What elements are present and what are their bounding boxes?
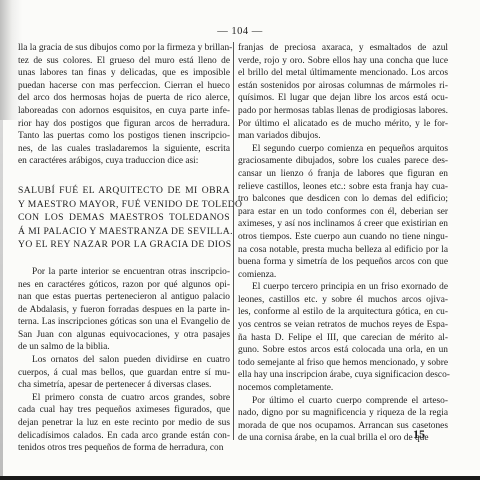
text-line: terna. Las inscripciones góticas son una… (18, 316, 230, 329)
text-line: franjas de preciosa axaraca, y esmaltado… (238, 42, 448, 55)
text-line: otros tiempos. Este cuerpo aun cuando no… (238, 231, 448, 244)
text-line: cuerpos, á cual mas bellos, que guardan … (18, 367, 230, 380)
text-line: laboreadas con adornos esquisitos, en cu… (18, 105, 230, 118)
text-line: de un salmo de la biblia. (18, 341, 230, 354)
text-line: nado, digno por su magnificencia y rique… (238, 407, 448, 420)
text-line: de Abdalasis, y fueron forradas despues … (18, 304, 230, 317)
text-line: dejan penetrar la luz en este recinto po… (18, 417, 230, 430)
text-line: Por la parte interior se encuentran otra… (18, 266, 230, 279)
text-line: guno. Sobre estos arcos está colocada un… (238, 344, 448, 357)
paragraph-3: Los ornatos del salon pueden dividirse e… (18, 354, 230, 392)
text-line: cada cual hay tres pequeños aximeses fig… (18, 404, 230, 417)
text-line: del arco dos hermosas hojas de puerta de… (18, 92, 230, 105)
paragraph-1: lla la gracia de sus dibujos como por la… (18, 42, 230, 168)
text-line: ña hasta D. Felipe el III, que carecian … (238, 332, 448, 345)
paragraph-1: franjas de preciosa axaraca, y esmaltado… (238, 42, 448, 143)
text-line: nocemos completamente. (238, 382, 448, 395)
text-line: comienza. (238, 269, 448, 282)
text-line: en caractéres arábigos, cuya traduccion … (18, 155, 230, 168)
text-line: nes, de las cuales trasladaremos la sigu… (18, 143, 230, 156)
text-line: todo semejante al friso que hemos mencio… (238, 357, 448, 370)
text-line: ella hay una inscripcion árabe, cuya sig… (238, 369, 448, 382)
right-text-column: franjas de preciosa axaraca, y esmaltado… (238, 42, 448, 445)
left-text-column: lla la gracia de sus dibujos como por la… (18, 42, 230, 455)
text-line: na cosa notable, presta mucha belleza al… (238, 244, 448, 257)
paragraph-4: El primero consta de cuatro arcos grande… (18, 392, 230, 455)
text-line: Por último el cuarto cuerpo comprende el… (238, 395, 448, 408)
text-line: nes en caractéres góticos, razon por qué… (18, 279, 230, 292)
inscription-line: CON LOS DEMAS MAESTROS TOLEDANOS (18, 211, 230, 225)
text-line: Los ornatos del salon pueden dividirse e… (18, 354, 230, 367)
text-line: Por último el alicatado es de mucho méri… (238, 118, 448, 131)
paragraph-3: El cuerpo tercero principia en un friso … (238, 281, 448, 394)
inscription-line: SALUBÍ FUÉ EL ARQUITECTO DE MI OBRA (18, 184, 230, 198)
text-line: delicadísimos calados. En cada arco gran… (18, 430, 230, 443)
inscription-line: Y MAESTRO MAYOR, FUÉ VENIDO DE TOLEDO (18, 198, 230, 212)
arabic-inscription-translation: SALUBÍ FUÉ EL ARQUITECTO DE MI OBRAY MAE… (18, 184, 230, 252)
text-line: puedan hacerse con mas perfeccion. Cierr… (18, 80, 230, 93)
text-line: tez de sus colores. El grueso del muro e… (18, 55, 230, 68)
scan-bottom-edge (0, 476, 480, 480)
text-line: San Juan con algunas equivocaciones, y o… (18, 329, 230, 342)
text-line: leones, castillos etc. y sobre él muchos… (238, 294, 448, 307)
text-line: pado por hermosas tablas llenas de prodi… (238, 105, 448, 118)
paragraph-2: Por la parte interior se encuentran otra… (18, 266, 230, 354)
text-line: graciosamente dibujados, sobre los cuale… (238, 155, 448, 168)
text-line: tenidos otros tres pequeños de forma de … (18, 442, 230, 455)
text-line: tro balcones que desdicen con lo demas d… (238, 193, 448, 206)
text-line: Tanto las puertas como los postigos tien… (18, 130, 230, 143)
page-number-header: — 104 — (200, 26, 280, 37)
inscription-line: Á MI PALACIO Y MAESTRANZA DE SEVILLA. (18, 225, 230, 239)
text-line: verde, rojo y oro. Sobre ellos hay una c… (238, 55, 448, 68)
text-line: relieve castillos, leones etc.: sobre es… (238, 181, 448, 194)
text-line: unas labores tan finas y delicadas, que … (18, 67, 230, 80)
page-left-edge (0, 120, 3, 477)
text-line: El primero consta de cuatro arcos grande… (18, 392, 230, 405)
signature-mark: 15 (413, 427, 425, 442)
text-line: El segundo cuerpo comienza en pequeños a… (238, 143, 448, 156)
text-line: están sostenidos por airosas columnas de… (238, 80, 448, 93)
text-line: rior hay dos postigos que figuran arcos … (18, 118, 230, 131)
text-line: para estar en un todo conformes con él, … (238, 206, 448, 219)
inscription-line: YO EL REY NAZAR POR LA GRACIA DE DIOS (18, 238, 230, 252)
text-line: buena forma y simetría de los pequeños a… (238, 256, 448, 269)
paragraph-2: El segundo cuerpo comienza en pequeños a… (238, 143, 448, 282)
text-line: lla la gracia de sus dibujos como por la… (18, 42, 230, 55)
text-line: aximeses, y así nos inclinamos á creer q… (238, 218, 448, 231)
text-line: el brillo del metal últimamente menciona… (238, 67, 448, 80)
text-line: yos centros se veian retratos de muchos … (238, 319, 448, 332)
column-divider (233, 42, 234, 440)
text-line: nan que estas puertas pertenecieron al a… (18, 291, 230, 304)
text-line: cha simetría, apesar de pertenecer á div… (18, 379, 230, 392)
text-line: El cuerpo tercero principia en un friso … (238, 281, 448, 294)
text-line: man variados dibujos. (238, 130, 448, 143)
text-line: quísimos. El lugar que dejan libre los a… (238, 92, 448, 105)
text-line: cansar un lienzo ó franja de labores que… (238, 168, 448, 181)
text-line: les, conforme al estilo de la arquitectu… (238, 306, 448, 319)
